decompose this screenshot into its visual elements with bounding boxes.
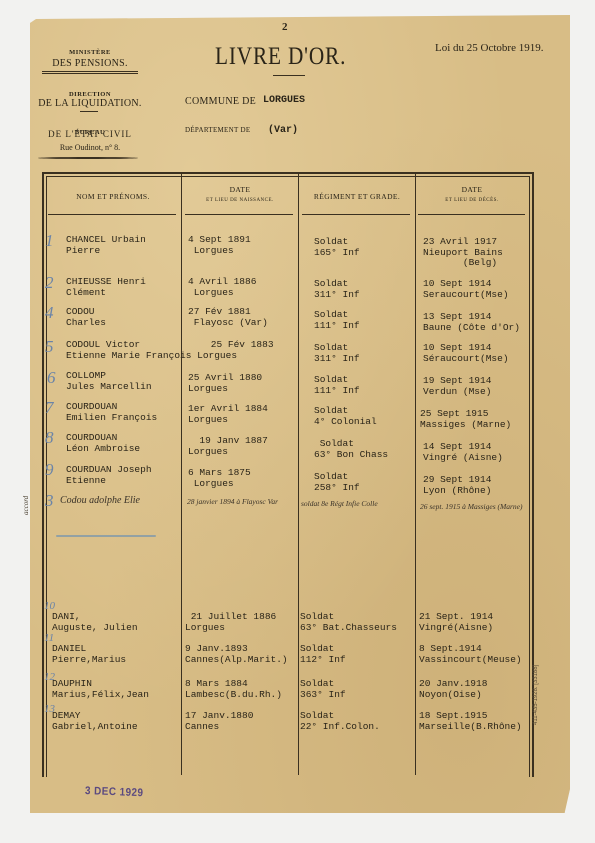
short-rule	[80, 111, 98, 112]
column-divider	[415, 172, 416, 775]
entry-birth: 9 Janv.1893 Cannes(Alp.Marit.)	[185, 644, 288, 665]
commune-value: LORGUES	[263, 95, 305, 106]
blue-pencil-stroke	[56, 535, 156, 537]
entry-death: 19 Sept 1914 Verdun (Mse)	[423, 376, 491, 397]
entry-regiment: Soldat 311° Inf	[314, 279, 360, 300]
entry-birth: 8 Mars 1884 Lambesc(B.du.Rh.)	[185, 679, 282, 700]
column-header-death: DATE ET LIEU DE DÉCÈS.	[416, 185, 528, 203]
entry-birth: 17 Janv.1880 Cannes	[185, 711, 253, 732]
bureau-name: DE L'ÉTAT CIVIL	[30, 129, 150, 139]
entry-number: 1	[45, 231, 54, 251]
entry-death: 20 Janv.1918 Noyon(Oise)	[419, 679, 487, 700]
entry-number: 5	[45, 337, 54, 357]
department-value: (Var)	[268, 125, 298, 136]
entry-regiment: Soldat 112° Inf	[300, 644, 346, 665]
entry-number: 7	[45, 398, 54, 418]
entry-regiment: Soldat 111° Inf	[314, 375, 360, 396]
entry-regiment: Soldat 111° Inf	[314, 310, 360, 331]
entry-name: DEMAY Gabriel,Antoine	[52, 711, 138, 732]
entry-name: CHANCEL Urbain Pierre	[66, 235, 146, 256]
entry-regiment: Soldat 63° Bat.Chasseurs	[300, 612, 397, 633]
header-rule	[48, 214, 176, 215]
header-rule	[418, 214, 525, 215]
column-divider	[181, 172, 182, 775]
entry-birth: 27 Fév 1881 Flayosc (Var)	[188, 307, 268, 328]
entry-death: 21 Sept. 1914 Vingré(Aisne)	[419, 612, 493, 633]
entry-regiment: Soldat 63° Bon Chass	[314, 439, 388, 460]
entry-regiment: Soldat 258° Inf	[314, 472, 360, 493]
entry-regiment: Soldat 22° Inf.Colon.	[300, 711, 380, 732]
entry-death: 8 Sept.1914 Vassincourt(Meuse)	[419, 644, 522, 665]
entry-number: 6	[47, 368, 56, 388]
entry-birth-handwritten: 28 janvier 1894 à Flayosc Var	[187, 497, 278, 506]
entry-birth: 19 Janv 1887 Lorgues	[188, 436, 268, 457]
ministry-line2: DES PENSIONS.	[30, 53, 150, 71]
entry-death: 13 Sept 1914 Baune (Côte d'Or)	[423, 312, 520, 333]
entry-name: DANIEL Pierre,Marius	[52, 644, 126, 665]
entry-number: 8	[45, 428, 54, 448]
entry-birth: 6 Mars 1875 Lorgues	[188, 468, 251, 489]
direction-name: DE LA LIQUIDATION.	[30, 93, 150, 111]
column-divider	[298, 172, 299, 775]
entry-death: 10 Sept 1914 Séraucourt(Mse)	[423, 343, 509, 364]
page-number: 2	[282, 21, 288, 33]
column-header-regiment: RÉGIMENT ET GRADE.	[299, 192, 415, 201]
entry-name: COURDOUAN Emilien François	[66, 402, 157, 423]
entry-birth: 25 Fév 1883	[188, 340, 274, 351]
entry-death-handwritten: 26 sept. 1915 à Massiges (Marne)	[420, 502, 523, 511]
entry-number: 2	[45, 273, 54, 293]
bureau-address: Rue Oudinot, n° 8.	[30, 143, 150, 152]
entry-name: DAUPHIN Marius,Félix,Jean	[52, 679, 149, 700]
ornament-rule	[38, 157, 138, 159]
entry-name: COLLOMP Jules Marcellin	[66, 371, 152, 392]
entry-regiment: Soldat 311° Inf	[314, 343, 360, 364]
title-rule	[273, 75, 305, 76]
entry-death: 18 Sept.1915 Marseille(B.Rhône)	[419, 711, 522, 732]
entry-name: COURDOUAN Léon Ambroise	[66, 433, 140, 454]
entry-name: COURDUAN Joseph Etienne	[66, 465, 152, 486]
entry-name: CHIEUSSE Henri Clément	[66, 277, 146, 298]
entry-name: CODOU Charles	[66, 307, 106, 328]
entry-regiment-handwritten: soldat 8e Régt Infie Colle	[301, 499, 378, 508]
entry-regiment: Soldat 363° Inf	[300, 679, 346, 700]
entry-regiment: Soldat 165° Inf	[314, 237, 360, 258]
entry-birth: 4 Avril 1886 Lorgues	[188, 277, 256, 298]
entry-death: 10 Sept 1914 Seraucourt(Mse)	[423, 279, 509, 300]
entry-number: 3	[45, 491, 54, 511]
page-title: LIVRE D'OR.	[215, 43, 346, 71]
margin-annotation: accord	[22, 496, 30, 515]
entry-birth: 25 Avril 1880 Lorgues	[188, 373, 262, 394]
law-reference: Loi du 25 Octobre 1919.	[435, 42, 543, 54]
document-page: 2 MINISTÈRE DES PENSIONS. DIRECTION DE L…	[30, 15, 570, 813]
entry-death: 23 Avril 1917 Nieuport Bains (Belg)	[423, 237, 503, 269]
column-header-name: NOM ET PRÉNOMS.	[46, 192, 180, 201]
entry-name-handwritten: Codou adolphe Elie	[60, 495, 140, 506]
column-header-birth: DATE ET LIEU DE NAISSANCE.	[182, 185, 298, 203]
entry-number: 9	[45, 460, 54, 480]
commune-label: COMMUNE DE	[185, 96, 256, 107]
entry-number: 4	[45, 303, 54, 323]
double-rule	[42, 71, 138, 74]
entry-death: 14 Sept 1914 Vingré (Aisne)	[423, 442, 503, 463]
header-rule	[302, 214, 410, 215]
entry-birth: 1er Avril 1884 Lorgues	[188, 404, 268, 425]
entry-death: 29 Sept 1914 Lyon (Rhône)	[423, 475, 491, 496]
header-rule	[185, 214, 293, 215]
entry-death: 25 Sept 1915 Massiges (Marne)	[420, 409, 511, 430]
department-label: DÉPARTEMENT DE	[185, 126, 250, 134]
entry-birth: 4 Sept 1891 Lorgues	[188, 235, 251, 256]
date-stamp: 3 DEC 1929	[85, 785, 144, 799]
entry-name: DANI, Auguste, Julien	[52, 612, 138, 633]
entry-regiment: Soldat 4° Colonial	[314, 406, 377, 427]
entry-birth: 21 Juillet 1886 Lorgues	[185, 612, 276, 633]
side-print-reference: 411-435-1928. [33188]	[533, 665, 539, 725]
